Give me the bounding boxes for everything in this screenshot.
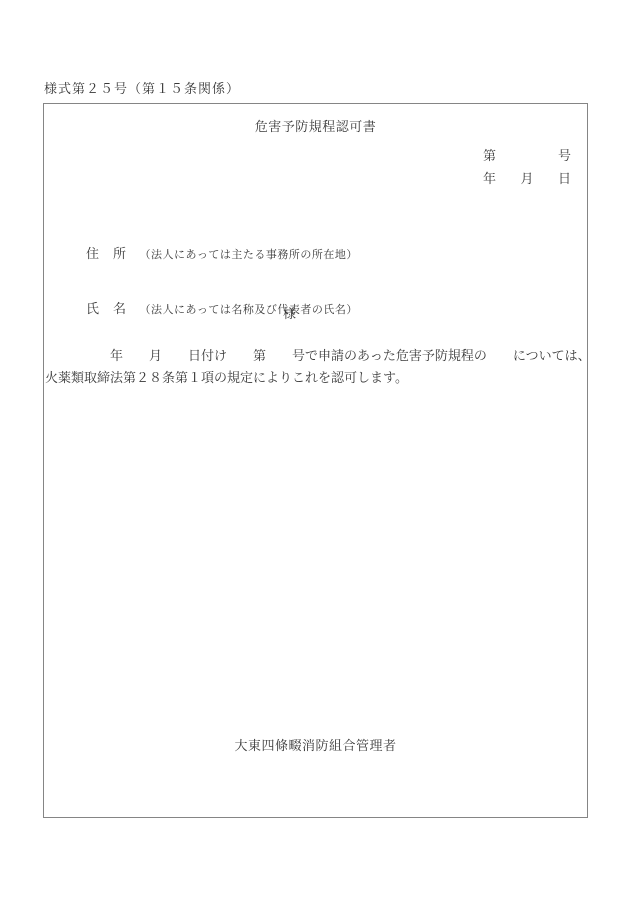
address-note: （法人にあっては主たる事務所の所在地） bbox=[140, 249, 358, 261]
issuer-signature: 大東四條畷消防組合管理者 bbox=[44, 735, 587, 754]
name-field-line: 氏 名（法人にあっては名称及び代表者の氏名） bbox=[62, 280, 358, 336]
number-prefix-label: 第 bbox=[483, 148, 496, 163]
document-page: 様式第２５号（第１５条関係） 危害予防規程認可書 第 号 年 月 日 住 所（法… bbox=[0, 0, 630, 915]
body-line-2: 火薬類取締法第２８条第１項の規定によりこれを認可します。 bbox=[45, 367, 588, 389]
address-field-line: 住 所（法人にあっては主たる事務所の所在地） bbox=[62, 225, 358, 281]
document-date-line: 年 月 日 bbox=[483, 171, 571, 186]
name-note: （法人にあっては名称及び代表者の氏名） bbox=[140, 304, 358, 316]
document-title: 危害予防規程認可書 bbox=[44, 116, 587, 135]
body-line-1: 年 月 日付け 第 号で申請のあった危害予防規程の については、 bbox=[45, 345, 588, 367]
name-label: 氏 名 bbox=[86, 301, 127, 316]
address-label: 住 所 bbox=[86, 246, 127, 261]
form-number-label: 様式第２５号（第１５条関係） bbox=[44, 81, 240, 96]
number-suffix-label: 号 bbox=[558, 148, 571, 163]
month-label: 月 bbox=[520, 171, 533, 186]
body-paragraph: 年 月 日付け 第 号で申請のあった危害予防規程の については、 火薬類取締法第… bbox=[45, 345, 588, 389]
year-label: 年 bbox=[483, 171, 496, 186]
document-number-line: 第 号 bbox=[483, 148, 571, 163]
day-label: 日 bbox=[558, 171, 571, 186]
addressee-honorific: 様 bbox=[283, 303, 296, 322]
document-border-box: 危害予防規程認可書 第 号 年 月 日 住 所（法人にあっては主たる事務所の所在… bbox=[43, 103, 588, 818]
